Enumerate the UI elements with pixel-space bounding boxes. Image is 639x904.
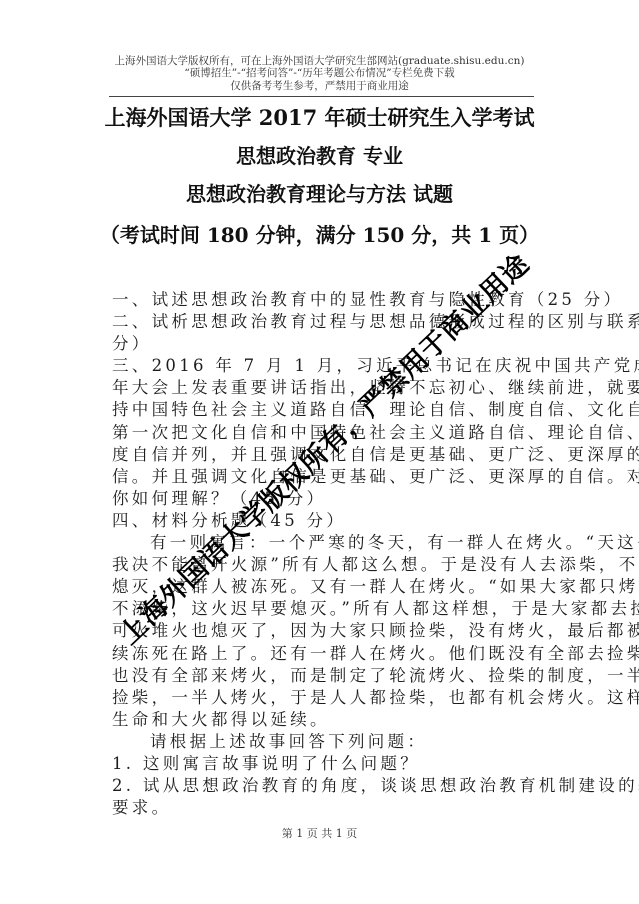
header-divider [109, 96, 534, 97]
exam-info: （考试时间 180 分钟，满分 150 分，共 1 页） [0, 221, 639, 249]
sub-question-2-line: 2. 试从思想政治教育的角度，谈谈思想政治教育机制建设的基本 [112, 775, 532, 797]
question-4-heading: 四、材料分析题（45 分） [112, 510, 532, 532]
material-paragraph-line: 有一则寓言：一个严寒的冬天，有一群人在烤火。“天这么冷， [112, 532, 532, 554]
copyright-header-line-3: 仅供备考考生参考，严禁用于商业用途 [0, 80, 639, 93]
material-paragraph-line: 捡柴，一半人烤火，于是人人都捡柴，也都有机会烤火。这样， [112, 687, 532, 709]
major-title: 思想政治教育 专业 [0, 142, 639, 170]
question-3-line: 三、2016 年 7 月 1 月，习近平总书记在庆祝中国共产党成立 95 周 [112, 355, 532, 377]
question-3-line: 你如何理解？（45 分） [112, 488, 532, 510]
subject-title: 思想政治教育理论与方法 试题 [0, 180, 639, 208]
question-3-line: 年大会上发表重要讲话指出，坚持不忘初心、继续前进，就要坚 [112, 377, 532, 399]
page-number: 第 1 页 共 1 页 [0, 827, 639, 841]
sub-question-2-line: 要求。 [112, 797, 532, 819]
exam-title: 上海外国语大学 2017 年硕士研究生入学考试 [0, 104, 639, 132]
sub-question-1: 1. 这则寓言故事说明了什么问题？ [112, 753, 532, 775]
copyright-header-line-2: “硕博招生”-“招考问答”-“历年考题公布情况”专栏免费下载 [0, 67, 639, 80]
question-body: 一、试述思想政治教育中的显性教育与隐性教育（25 分） 二、试析思想政治教育过程… [112, 289, 532, 819]
sub-question-prompt: 请根据上述故事回答下列问题： [112, 731, 532, 753]
exam-page: 上海外国语大学版权所有，可在上海外国语大学研究生部网站(graduate.shi… [0, 0, 639, 904]
question-3-line: 持中国特色社会主义道路自信、理论自信、制度自信、文化自信。 [112, 399, 532, 421]
material-paragraph-line: 也没有全部来烤火，而是制定了轮流烤火、捡柴的制度，一半人 [112, 665, 532, 687]
material-paragraph-line: 生命和大火都得以延续。 [112, 709, 532, 731]
material-paragraph-line: 续冻死在路上了。还有一群人在烤火。他们既没有全部去捡柴， [112, 643, 532, 665]
material-paragraph-line: 可火堆火也熄灭了，因为大家只顾捡柴，没有烤火，最后都被陆 [112, 620, 532, 642]
